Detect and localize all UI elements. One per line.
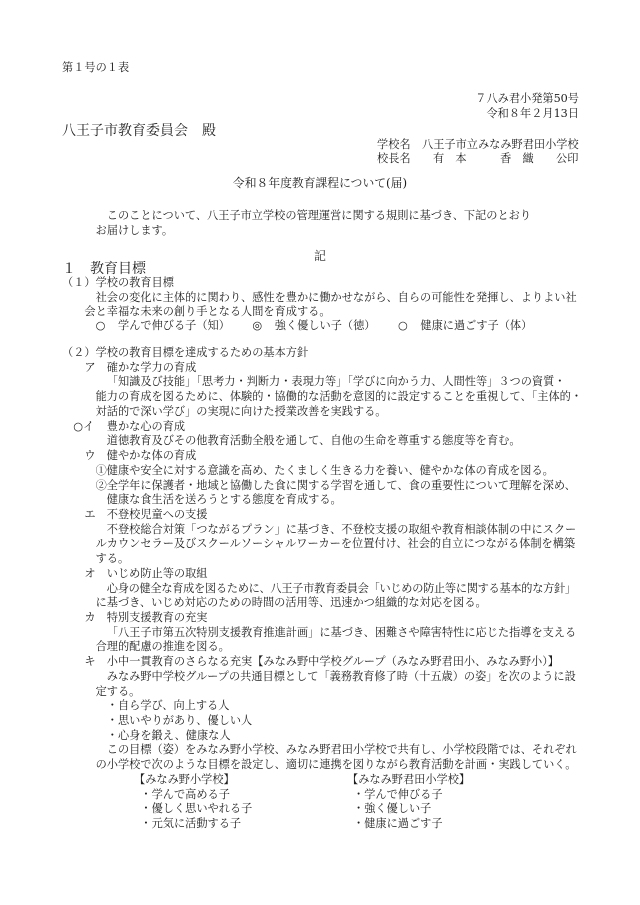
school-goal-text: 社会の変化に主体的に関わり、感性を豊かに働かせながら、自らの可能性を発揮し、より… xyxy=(96,291,577,305)
school-heading: 【みなみ野小学校】 xyxy=(134,773,235,787)
policy-text: ルカウンセラー及びスクールソーシャルワーカーを位置付け、社会的自立につながる体制… xyxy=(96,537,576,551)
policy-title: いじめ防止等の取組 xyxy=(107,567,208,581)
school-heading: 【みなみ野君田小学校】 xyxy=(347,773,470,787)
policy-text: 「八王子市第五次特別支援教育推進計画」に基づき、困難さや障害特性に応じた指導を支… xyxy=(107,626,576,640)
goal-item: 健康に過ごす子（体） xyxy=(420,319,532,333)
goal-item: 強く優しい子（徳） xyxy=(275,319,376,333)
document-date: 令和８年２月13日 xyxy=(486,107,579,121)
policy-text: の小学校で次のような目標を設定し、適切に連携を図りながら教育活動を計画・実践して… xyxy=(96,758,577,772)
school-goal-item: ・学んで高める子 xyxy=(140,788,230,802)
goal-mark-circle: ○ xyxy=(398,319,408,333)
school-goal-item: ・元気に活動する子 xyxy=(140,817,241,831)
principal-name: 有 本 香 織 xyxy=(433,152,534,166)
policy-text: 不登校総合対策「つながるプラン」に基づき、不登校支援の取組や教育相談体制の中にス… xyxy=(107,523,576,537)
school-goal-text: 会と幸福な未来の創り手となる人間を育成する。 xyxy=(84,305,330,319)
policy-text: ②全学年に保護者・地域と協働した食に関する学習を通して、食の重要性について理解を… xyxy=(96,479,576,493)
common-goal-item: ・自ら学び、向上する人 xyxy=(107,699,230,713)
school-goal-item: ・学んで伸びる子 xyxy=(353,788,443,802)
policy-text: みなみ野中学校グループの共通目標として「義務教育修了時（十五歳）の姿」を次のよう… xyxy=(107,670,576,684)
policy-label: カ xyxy=(84,611,95,625)
policy-text: に基づき、いじめ対応のための時間の活用等、迅速かつ組織的な対応を図る。 xyxy=(96,596,487,610)
principal-label: 校長名 xyxy=(377,152,411,166)
policy-title: 不登校児童への支援 xyxy=(107,508,208,522)
policy-text: ①健康や安全に対する意識を高め、たくましく生きる力を養い、健やかな体の育成を図る… xyxy=(96,464,554,478)
official-seal-text: 公印 xyxy=(556,152,578,166)
policy-text: 対話的で深い学び」の実現に向けた授業改善を実践する。 xyxy=(96,405,387,419)
policy-label: キ xyxy=(84,655,95,669)
addressee: 八王子市教育委員会 殿 xyxy=(62,122,216,140)
policy-text: 合理的配慮の推進を図る。 xyxy=(96,640,230,654)
policy-title: 小中一貫教育のさらなる充実【みなみ野中学校グループ（みなみ野君田小、みなみ野小）… xyxy=(107,655,559,669)
policy-text: この目標（姿）をみなみ野小学校、みなみ野君田小学校で共有し、小学校段階では、それ… xyxy=(107,743,577,757)
school-goal-item: ・優しく思いやれる子 xyxy=(140,802,252,816)
policy-text: 健康な食生活を送ろうとする態度を育成する。 xyxy=(107,493,342,507)
goal-mark-circle: ○ xyxy=(96,319,106,333)
policy-title: 確かな学力の育成 xyxy=(107,361,197,375)
form-number: 第１号の１表 xyxy=(62,61,129,75)
common-goal-item: ・思いやりがあり、優しい人 xyxy=(107,714,252,728)
policy-text: 定する。 xyxy=(96,685,141,699)
policy-title: 特別支援教育の充実 xyxy=(107,611,208,625)
document-page: 第１号の１表 ７八み君小発第50号 令和８年２月13日 八王子市教育委員会 殿 … xyxy=(0,0,640,905)
intro-line-2: お届けします。 xyxy=(96,224,173,238)
intro-line-1: このことについて、八王子市立学校の管理運営に関する規則に基づき、下記のとおり xyxy=(107,209,531,223)
policy-label: ア xyxy=(84,361,95,375)
policy-label: エ xyxy=(84,508,95,522)
school-goal-item: ・強く優しい子 xyxy=(353,802,431,816)
policy-text: 心身の健全な育成を図るために、八王子市教育委員会「いじめの防止等に関する基本的な… xyxy=(107,582,576,596)
subsection-1-heading: （１）学校の教育目標 xyxy=(62,276,174,290)
policy-title: 豊かな心の育成 xyxy=(107,420,185,434)
common-goal-item: ・心身を鍛え、健康な人 xyxy=(107,729,231,743)
policy-text: 能力の育成を図るために、体験的・協働的な活動を意図的に設定することを重視して、「… xyxy=(96,390,582,404)
goal-item: 学んで伸びる子（知） xyxy=(118,319,230,333)
policy-label: オ xyxy=(84,567,95,581)
subsection-2-heading: （２）学校の教育目標を達成するための基本方針 xyxy=(62,346,308,360)
document-number: ７八み君小発第50号 xyxy=(475,92,579,106)
school-name: 八王子市立みなみ野君田小学校 xyxy=(422,138,579,152)
document-title: 令和８年度教育課程について(届) xyxy=(0,176,640,190)
policy-title: 健やかな体の育成 xyxy=(107,449,197,463)
policy-label: ○イ xyxy=(73,420,94,434)
goal-mark-double-circle: ◎ xyxy=(252,319,262,333)
policy-text: 「知識及び技能」「思考力・判断力・表現力等」「学びに向かう力、人間性等」３つの資… xyxy=(107,375,566,389)
school-goal-item: ・健康に過ごす子 xyxy=(353,817,443,831)
school-name-label: 学校名 xyxy=(377,138,411,152)
policy-label: ウ xyxy=(84,449,95,463)
policy-text: 道徳教育及びその他教育活動全般を通して、自他の生命を尊重する態度等を育む。 xyxy=(107,434,521,448)
policy-text: する。 xyxy=(96,552,130,566)
